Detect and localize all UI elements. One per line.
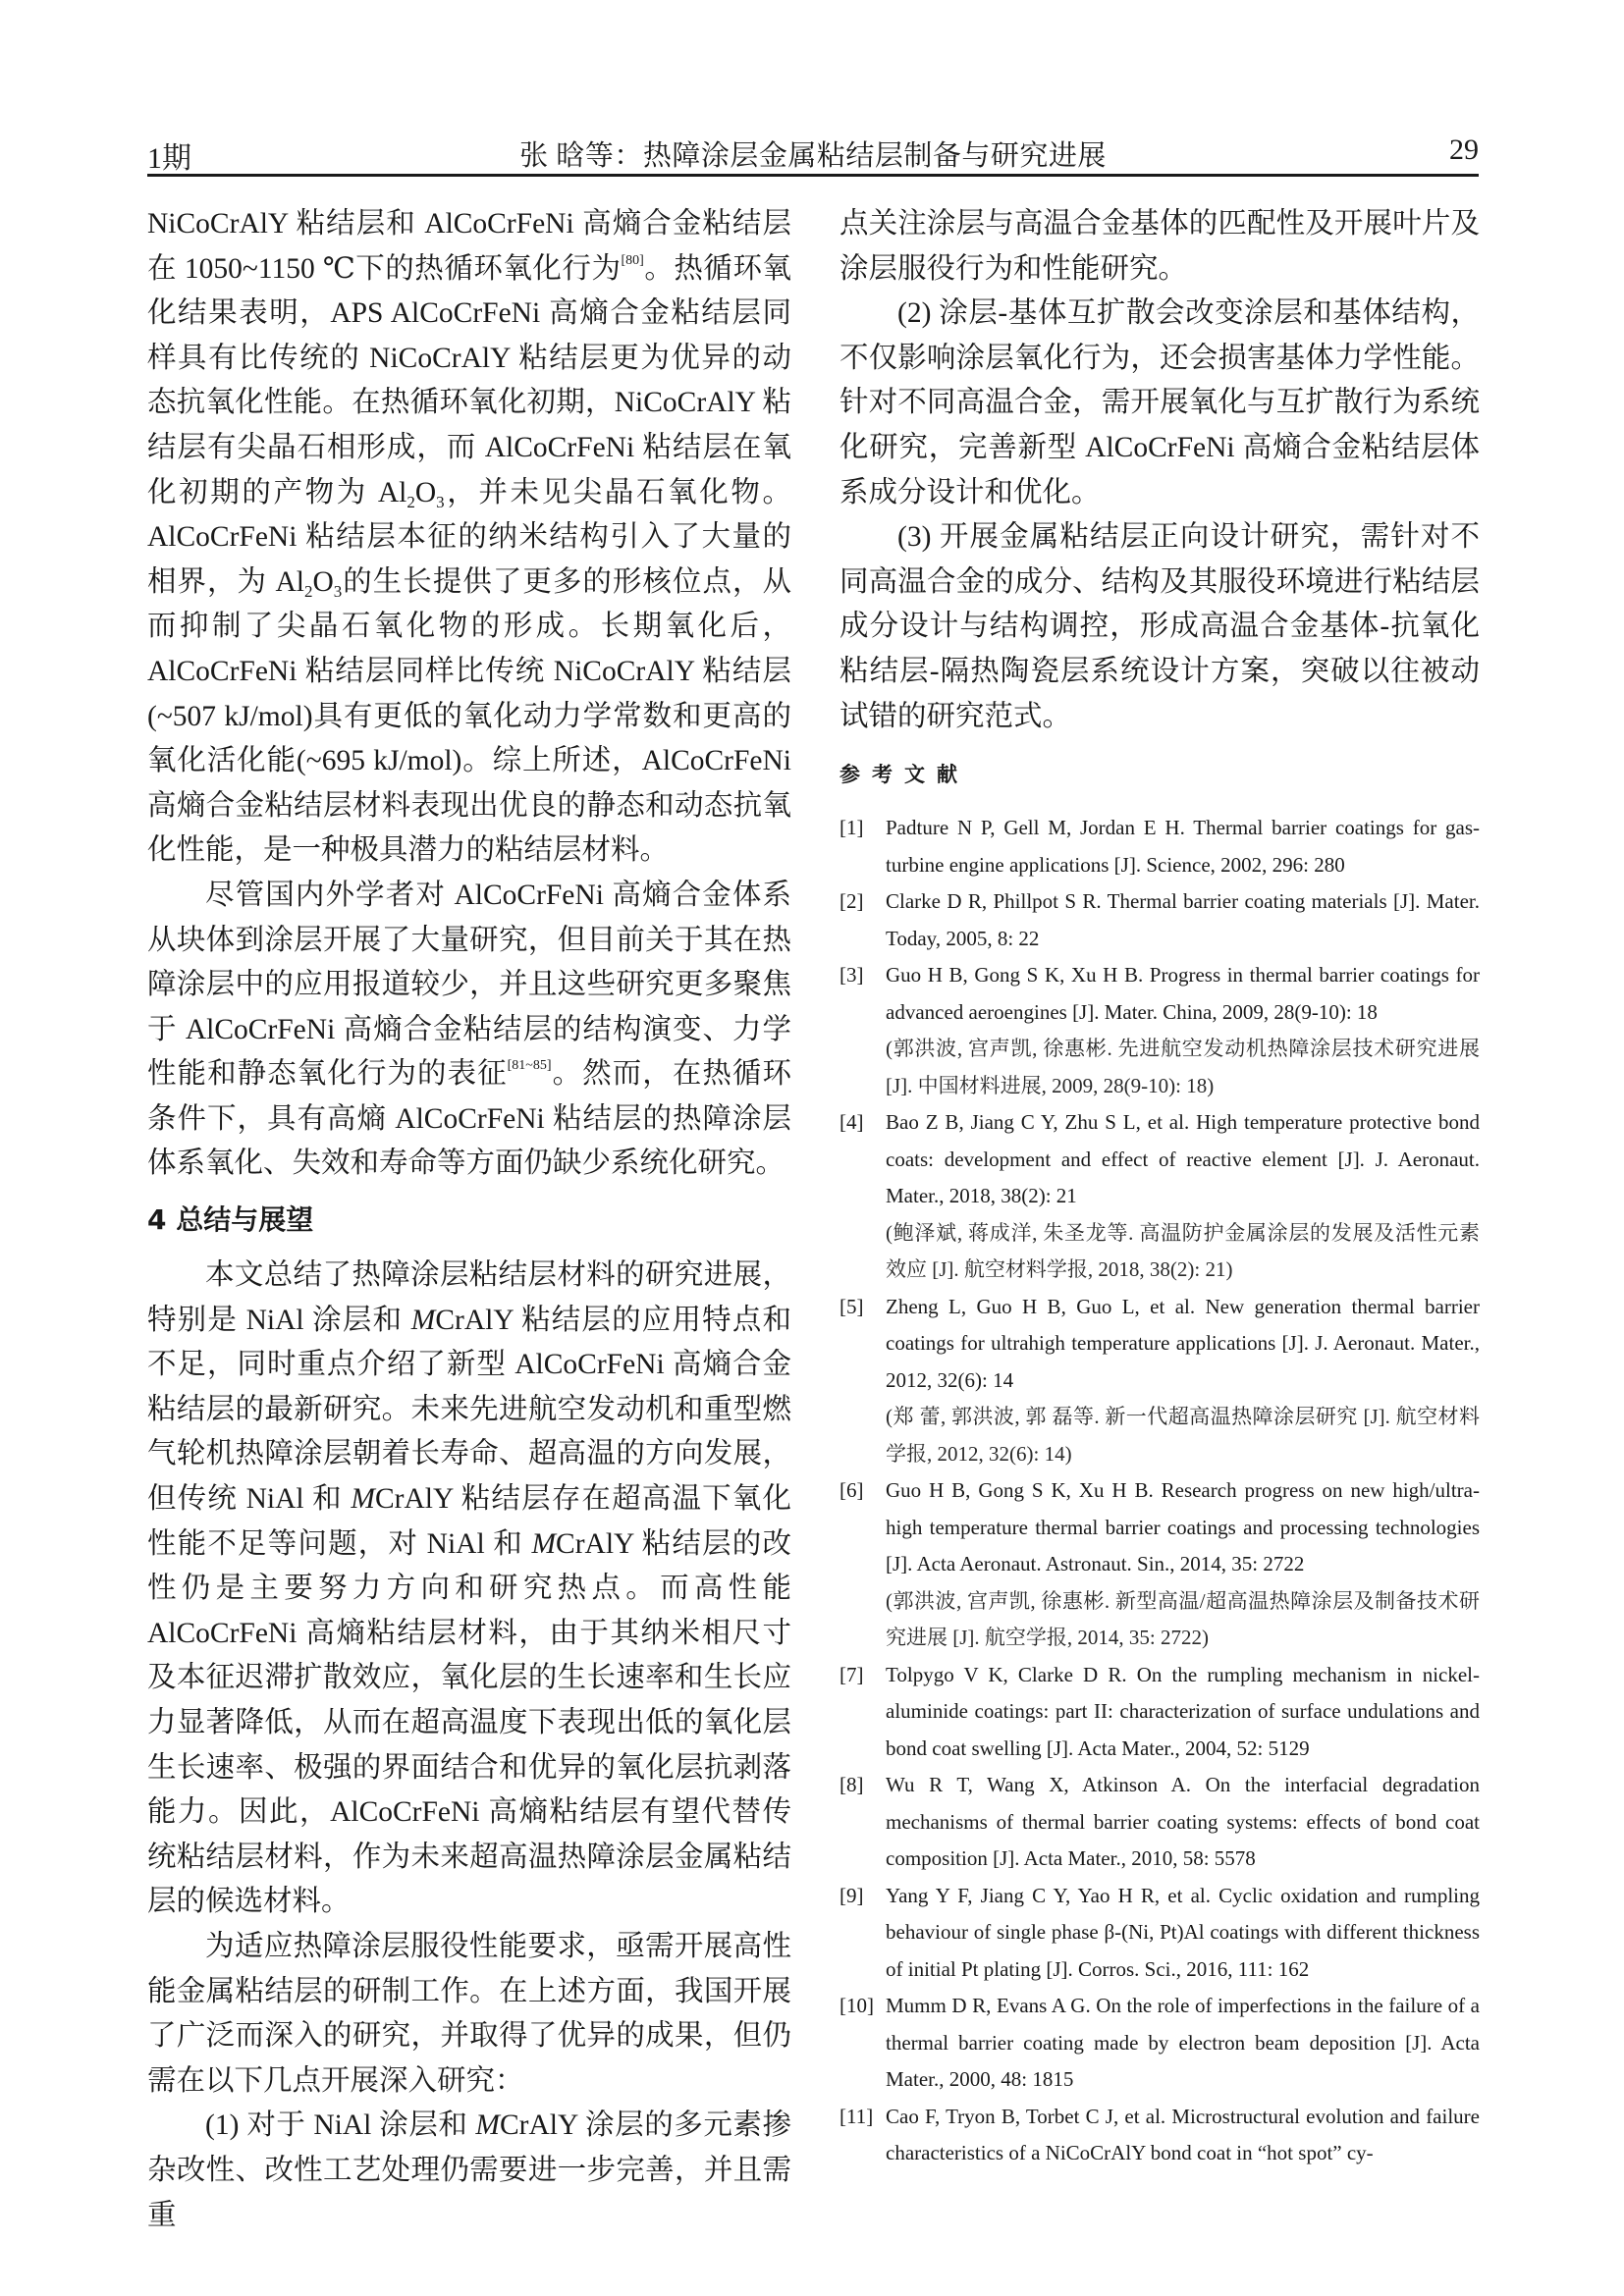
reference-number: [2] <box>839 883 864 921</box>
paragraph-point-1: (1) 对于 NiAl 涂层和 MCrAlY 涂层的多元素掺杂改性、改性工艺处理… <box>147 2104 791 2238</box>
reference-item: [7]Tolpygo V K, Clarke D R. On the rumpl… <box>839 1657 1480 1768</box>
reference-text: Tolpygo V K, Clarke D R. On the rumpling… <box>886 1663 1480 1760</box>
subscript: 2 <box>406 493 415 511</box>
reference-item: [4]Bao Z B, Jiang C Y, Zhu S L, et al. H… <box>839 1104 1480 1289</box>
subscript: 3 <box>334 582 343 601</box>
text: CrAlY 粘结层的改性仍是主要努力方向和研究热点。而高性能 AlCoCrFeN… <box>147 1528 791 1918</box>
reference-chinese: (郑 蕾, 郭洪波, 郭 磊等. 新一代超高温热障涂层研究 [J]. 航空材料学… <box>886 1399 1480 1472</box>
reference-text: Bao Z B, Jiang C Y, Zhu S L, et al. High… <box>886 1110 1480 1207</box>
reference-text: Padture N P, Gell M, Jordan E H. Thermal… <box>886 816 1480 877</box>
reference-text: Zheng L, Guo H B, Guo L, et al. New gene… <box>886 1295 1480 1392</box>
reference-item: [5]Zheng L, Guo H B, Guo L, et al. New g… <box>839 1289 1480 1473</box>
reference-text: Guo H B, Gong S K, Xu H B. Research prog… <box>886 1478 1480 1575</box>
running-header: 1期 张 晗等：热障涂层金属粘结层制备与研究进展 29 <box>147 126 1479 173</box>
reference-number: [5] <box>839 1289 864 1326</box>
reference-item: [2]Clarke D R, Phillpot S R. Thermal bar… <box>839 883 1480 957</box>
italic-m: M <box>531 1528 556 1560</box>
reference-item: [3]Guo H B, Gong S K, Xu H B. Progress i… <box>839 957 1480 1104</box>
reference-number: [3] <box>839 957 864 994</box>
reference-number: [6] <box>839 1472 864 1510</box>
citation[interactable]: [81~85] <box>508 1058 552 1073</box>
text: (1) 对于 NiAl 涂层和 <box>205 2109 475 2141</box>
paragraph-point-3: (3) 开展金属粘结层正向设计研究，需针对不同高温合金的成分、结构及其服役环境进… <box>839 515 1480 739</box>
reference-number: [11] <box>839 2099 873 2136</box>
right-column: 点关注涂层与高温合金基体的匹配性及开展叶片及涂层服役行为和性能研究。 (2) 涂… <box>839 202 1480 2172</box>
references-heading: 参考文献 <box>839 759 1480 788</box>
paragraph-point-1-continued: 点关注涂层与高温合金基体的匹配性及开展叶片及涂层服役行为和性能研究。 <box>839 202 1480 292</box>
reference-item: [10]Mumm D R, Evans A G. On the role of … <box>839 1988 1480 2099</box>
italic-m: M <box>411 1305 436 1336</box>
reference-number: [9] <box>839 1878 864 1915</box>
reference-number: [8] <box>839 1767 864 1804</box>
reference-chinese: (鲍泽斌, 蒋成洋, 朱圣龙等. 高温防护金属涂层的发展及活性元素效应 [J].… <box>886 1215 1480 1289</box>
reference-text: Mumm D R, Evans A G. On the role of impe… <box>886 1994 1480 2091</box>
reference-number: [4] <box>839 1104 864 1142</box>
text: O <box>415 477 436 508</box>
italic-m: M <box>475 2109 500 2141</box>
reference-number: [7] <box>839 1657 864 1694</box>
text: 的生长提供了更多的形核位点，从而抑制了尖晶石氧化物的形成。长期氧化后，AlCoC… <box>147 566 791 867</box>
reference-item: [9]Yang Y F, Jiang C Y, Yao H R, et al. … <box>839 1878 1480 1989</box>
reference-text: Clarke D R, Phillpot S R. Thermal barrie… <box>886 889 1480 950</box>
reference-item: [1]Padture N P, Gell M, Jordan E H. Ther… <box>839 810 1480 883</box>
header-rule <box>147 174 1479 177</box>
reference-item: [11]Cao F, Tryon B, Torbet C J, et al. M… <box>839 2099 1480 2172</box>
paragraph-thermal-cycling: NiCoCrAlY 粘结层和 AlCoCrFeNi 高熵合金粘结层在 1050~… <box>147 202 791 874</box>
reference-chinese: (郭洪波, 宫声凯, 徐惠彬. 新型高温/超高温热障涂层及制备技术研究进展 [J… <box>886 1583 1480 1657</box>
reference-text: Yang Y F, Jiang C Y, Yao H R, et al. Cyc… <box>886 1884 1480 1981</box>
subscript: 3 <box>436 493 445 511</box>
reference-list: [1]Padture N P, Gell M, Jordan E H. Ther… <box>839 810 1480 2172</box>
paragraph-outlook-intro: 为适应热障涂层服役性能要求，亟需开展高性能金属粘结层的研制工作。在上述方面，我国… <box>147 1925 791 2104</box>
reference-chinese: (郭洪波, 宫声凯, 徐惠彬. 先进航空发动机热障涂层技术研究进展 [J]. 中… <box>886 1031 1480 1104</box>
reference-item: [8]Wu R T, Wang X, Atkinson A. On the in… <box>839 1767 1480 1878</box>
paragraph-point-2: (2) 涂层-基体互扩散会改变涂层和基体结构，不仅影响涂层氧化行为，还会损害基体… <box>839 292 1480 515</box>
page-number: 29 <box>1449 133 1479 167</box>
text: 。热循环氧化结果表明，APS AlCoCrFeNi 高熵合金粘结层同样具有比传统… <box>147 253 791 508</box>
italic-m: M <box>351 1483 375 1515</box>
citation[interactable]: [80] <box>622 253 644 268</box>
text: O <box>312 566 333 598</box>
reference-text: Guo H B, Gong S K, Xu H B. Progress in t… <box>886 963 1480 1024</box>
reference-text: Cao F, Tryon B, Torbet C J, et al. Micro… <box>886 2105 1480 2165</box>
paragraph-summary: 本文总结了热障涂层粘结层材料的研究进展，特别是 NiAl 涂层和 MCrAlY … <box>147 1254 791 1925</box>
paragraph-research-gap: 尽管国内外学者对 AlCoCrFeNi 高熵合金体系从块体到涂层开展了大量研究，… <box>147 874 791 1187</box>
section-heading: 4 总结与展望 <box>147 1201 791 1240</box>
reference-number: [1] <box>839 810 864 847</box>
reference-number: [10] <box>839 1988 874 2025</box>
reference-text: Wu R T, Wang X, Atkinson A. On the inter… <box>886 1773 1480 1870</box>
running-title: 张 晗等：热障涂层金属粘结层制备与研究进展 <box>147 133 1479 174</box>
reference-item: [6]Guo H B, Gong S K, Xu H B. Research p… <box>839 1472 1480 1657</box>
left-column: NiCoCrAlY 粘结层和 AlCoCrFeNi 高熵合金粘结层在 1050~… <box>147 202 791 2238</box>
